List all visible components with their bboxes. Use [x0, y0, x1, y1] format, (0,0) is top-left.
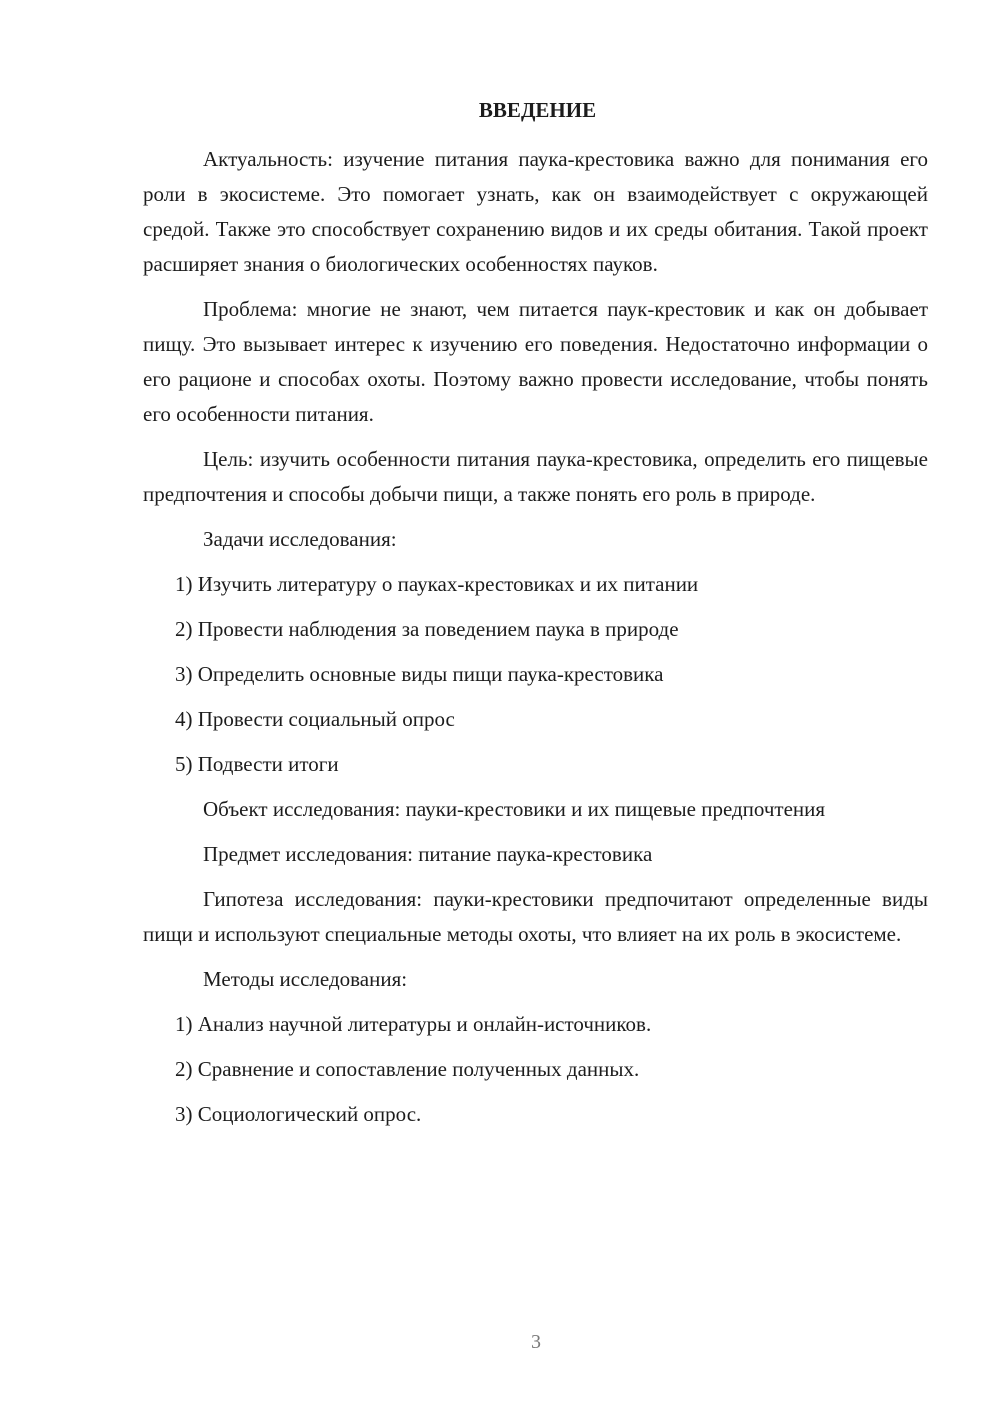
tasks-label: Задачи исследования:	[143, 522, 928, 557]
subject-paragraph: Предмет исследования: питание паука-крес…	[143, 837, 928, 872]
methods-list: 1) Анализ научной литературы и онлайн-ис…	[143, 1007, 928, 1132]
method-item: 3) Социологический опрос.	[143, 1097, 928, 1132]
task-item: 2) Провести наблюдения за поведением пау…	[143, 612, 928, 647]
methods-label: Методы исследования:	[143, 962, 928, 997]
task-item: 1) Изучить литературу о пауках-крестовик…	[143, 567, 928, 602]
method-item: 1) Анализ научной литературы и онлайн-ис…	[143, 1007, 928, 1042]
relevance-paragraph: Актуальность: изучение питания паука-кре…	[143, 142, 928, 282]
document-page: ВВЕДЕНИЕ Актуальность: изучение питания …	[143, 95, 928, 1142]
task-item: 4) Провести социальный опрос	[143, 702, 928, 737]
tasks-list: 1) Изучить литературу о пауках-крестовик…	[143, 567, 928, 782]
goal-paragraph: Цель: изучить особенности питания паука-…	[143, 442, 928, 512]
method-item: 2) Сравнение и сопоставление полученных …	[143, 1052, 928, 1087]
object-paragraph: Объект исследования: пауки-крестовики и …	[143, 792, 928, 827]
section-heading: ВВЕДЕНИЕ	[143, 95, 928, 125]
task-item: 5) Подвести итоги	[143, 747, 928, 782]
hypothesis-paragraph: Гипотеза исследования: пауки-крестовики …	[143, 882, 928, 952]
task-item: 3) Определить основные виды пищи паука-к…	[143, 657, 928, 692]
page-number: 3	[0, 1331, 1000, 1354]
problem-paragraph: Проблема: многие не знают, чем питается …	[143, 292, 928, 432]
